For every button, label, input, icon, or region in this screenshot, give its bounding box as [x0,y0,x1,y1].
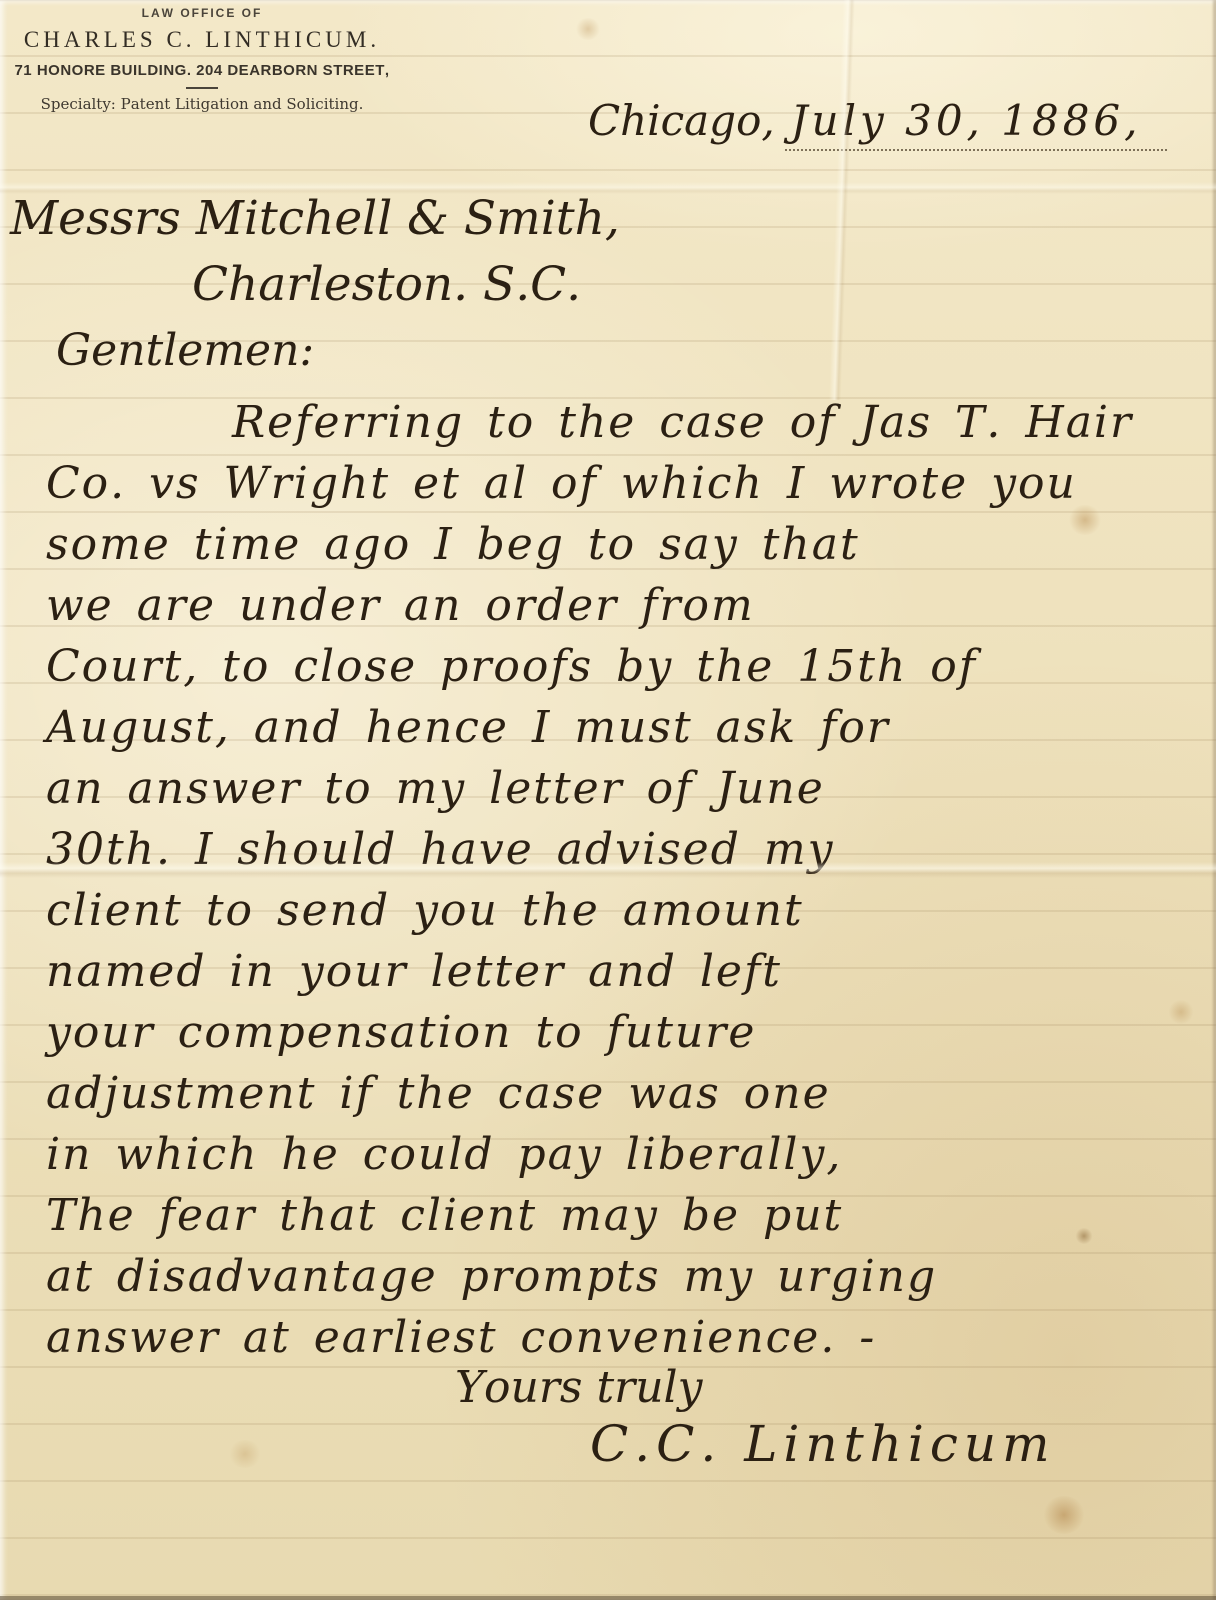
letter-page: LAW OFFICE OF CHARLES C. LINTHICUM. 71 H… [0,0,1216,1600]
letterhead-divider-rule [186,87,218,89]
letterhead-office-line: LAW OFFICE OF [2,6,402,20]
recipient-name: Messrs Mitchell & Smith, [10,186,620,252]
letter-line: at disadvantage prompts my urging [46,1246,1176,1307]
letterhead: LAW OFFICE OF CHARLES C. LINTHICUM. 71 H… [2,6,402,113]
salutation: Gentlemen: [56,318,620,384]
letter-line: 30th. I should have advised my [46,819,1176,880]
letter-line: adjustment if the case was one [46,1063,1176,1124]
letter-line: named in your letter and left [46,941,1176,1002]
letterhead-name: CHARLES C. LINTHICUM. [2,27,402,53]
letter-line: client to send you the amount [46,880,1176,941]
paper-stain [1042,1496,1086,1534]
letter-line: an answer to my letter of June [46,758,1176,819]
letter-line: Co. vs Wright et al of which I wrote you [46,453,1176,514]
letter-line: The fear that client may be put [46,1185,1176,1246]
letter-line: answer at earliest convenience. - [46,1307,1176,1368]
letterhead-address: 71 HONORE BUILDING. 204 DEARBORN STREET, [2,62,402,79]
closing-block: Yours truly C.C. Linthicum [0,1362,1216,1473]
letter-line: August, and hence I must ask for [46,697,1176,758]
dateline-city: Chicago, [588,96,775,145]
dateline: Chicago,July 30, 1886, [588,96,1167,145]
letterhead-specialty: Specialty: Patent Litigation and Solicit… [2,95,402,113]
valediction: Yours truly [455,1362,1216,1413]
recipient-city: Charleston. S.C. [192,252,620,318]
paper-crease-vertical [829,0,855,400]
letter-line: in which he could pay liberally, [46,1124,1176,1185]
letter-line: Court, to close proofs by the 15th of [46,636,1176,697]
paper-stain [575,18,601,40]
letter-line: Referring to the case of Jas T. Hair [46,392,1176,453]
letter-line: some time ago I beg to say that [46,514,1176,575]
letter-body: Referring to the case of Jas T. Hair Co.… [46,392,1176,1368]
letter-line: we are under an order from [46,575,1176,636]
dateline-date: July 30, 1886, [785,96,1168,151]
recipient-block: Messrs Mitchell & Smith, Charleston. S.C… [10,186,620,384]
signature: C.C. Linthicum [590,1415,1216,1473]
letter-line: your compensation to future [46,1002,1176,1063]
